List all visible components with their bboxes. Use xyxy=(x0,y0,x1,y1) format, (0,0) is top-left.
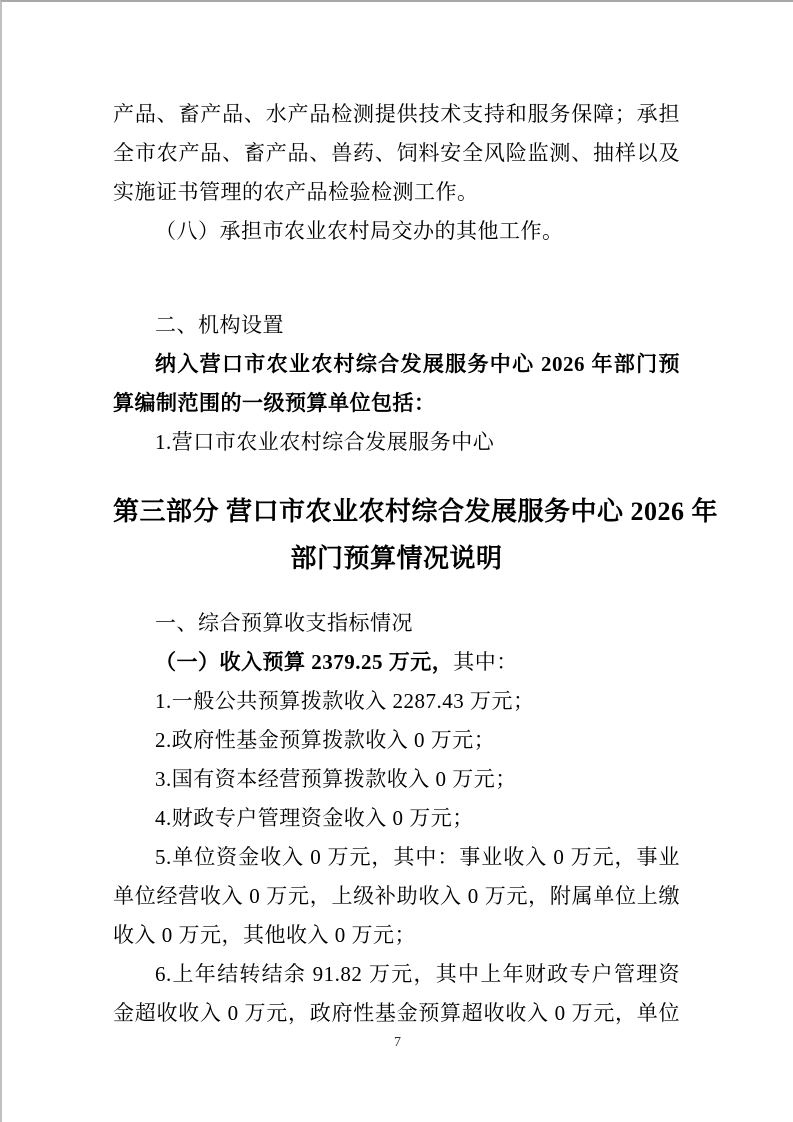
paragraph-org-unit-1: 1.营口市农业农村综合发展服务中心 xyxy=(113,423,680,462)
income-item-2: 2.政府性基金预算拨款收入 0 万元； xyxy=(113,721,680,760)
income-item-3: 3.国有资本经营预算拨款收入 0 万元； xyxy=(113,760,680,799)
document-page: 产品、畜产品、水产品检测提供技术支持和服务保障；承担全市农产品、畜产品、兽药、饲… xyxy=(0,0,793,1122)
income-item-1: 1.一般公共预算拨款收入 2287.43 万元； xyxy=(113,682,680,721)
paragraph-org-intro: 纳入营口市农业农村综合发展服务中心 2026 年部门预算编制范围的一级预算单位包… xyxy=(113,345,680,423)
part3-title-line2: 部门预算情况说明 xyxy=(113,535,680,582)
income-item-5: 5.单位资金收入 0 万元，其中：事业收入 0 万元，事业单位经营收入 0 万元… xyxy=(113,838,680,955)
section-heading-budget-indicators: 一、综合预算收支指标情况 xyxy=(113,604,680,643)
blank-line xyxy=(113,251,680,306)
income-total-bold: （一）收入预算 2379.25 万元， xyxy=(155,650,453,674)
income-item-4: 4.财政专户管理资金收入 0 万元； xyxy=(113,799,680,838)
income-lead-tail: 其中： xyxy=(453,650,518,674)
page-number: 7 xyxy=(394,1035,401,1050)
part3-title-line1: 第三部分 营口市农业农村综合发展服务中心 2026 年 xyxy=(113,488,680,535)
income-item-6: 6.上年结转结余 91.82 万元，其中上年财政专户管理资金超收收入 0 万元，… xyxy=(113,955,680,1033)
page-footer: 7 xyxy=(2,1033,793,1053)
paragraph-duty-item-eight: （八）承担市农业农村局交办的其他工作。 xyxy=(113,212,680,251)
part3-title: 第三部分 营口市农业农村综合发展服务中心 2026 年 部门预算情况说明 xyxy=(113,488,680,582)
paragraph-duties-continuation: 产品、畜产品、水产品检测提供技术支持和服务保障；承担全市农产品、畜产品、兽药、饲… xyxy=(113,95,680,212)
paragraph-income-lead: （一）收入预算 2379.25 万元，其中： xyxy=(113,643,680,682)
section-heading-org-setup: 二、机构设置 xyxy=(113,306,680,345)
